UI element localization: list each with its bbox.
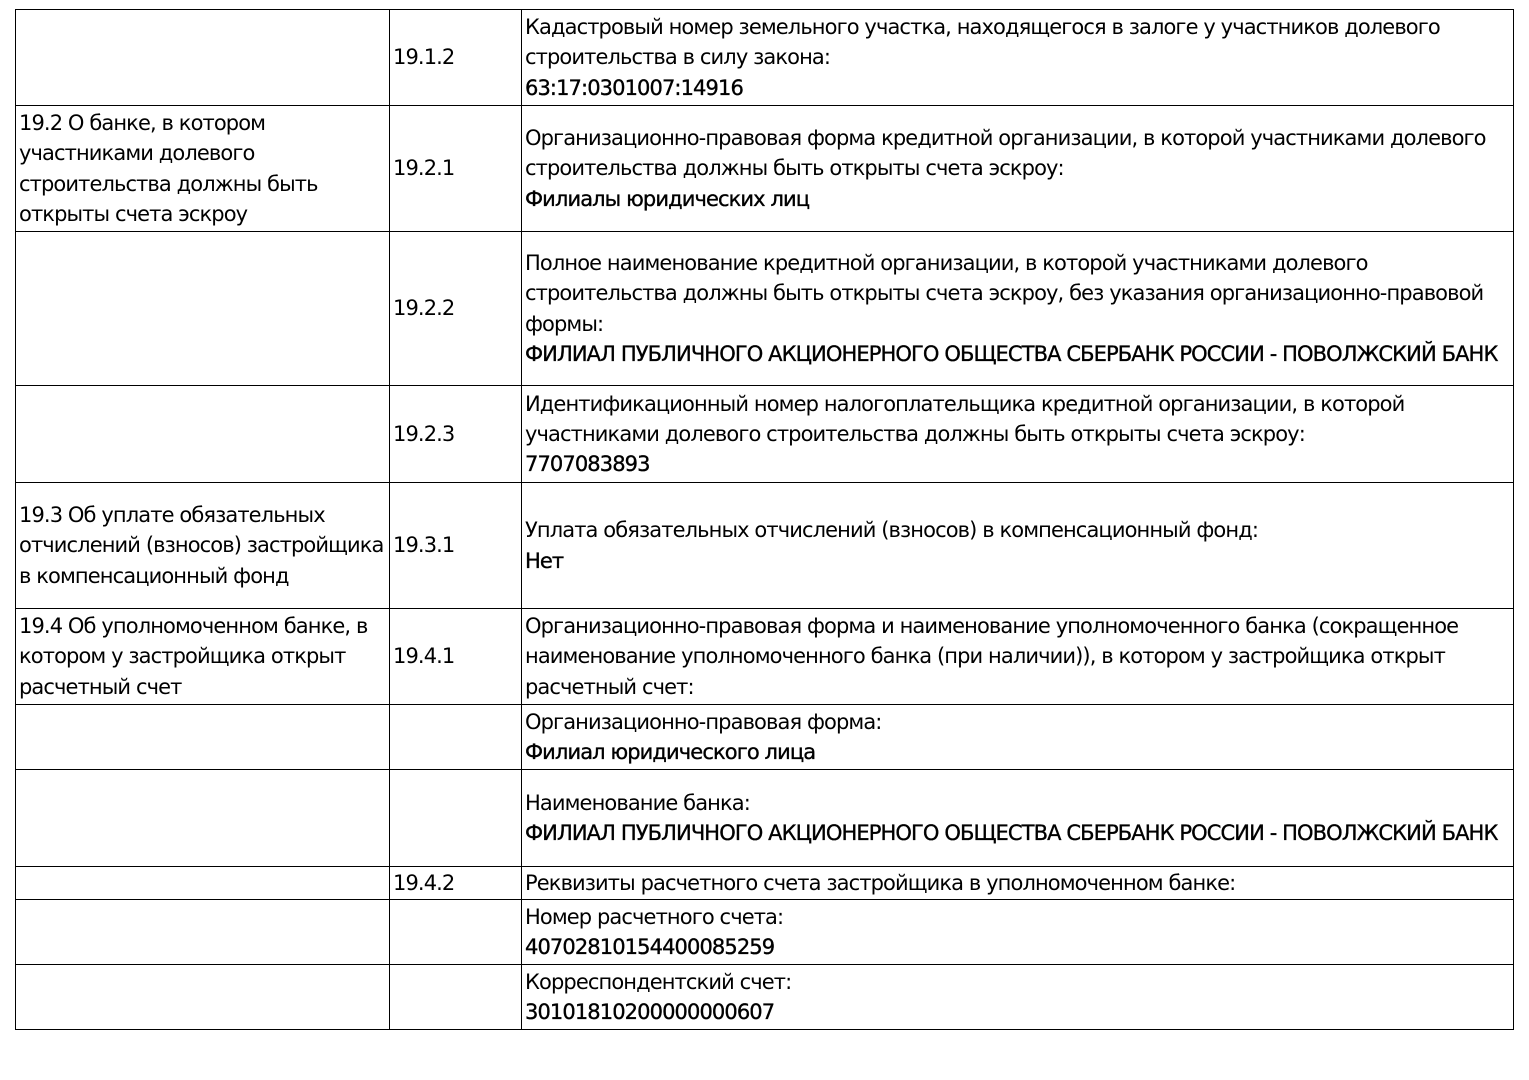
item-code: 19.2.1: [393, 156, 454, 180]
section-cell: 19.3 Об уплате обязательных отчислений (…: [16, 483, 390, 609]
section-cell: [16, 770, 390, 867]
content-cell: Номер расчетного счета: 4070281015440008…: [522, 900, 1514, 965]
table-row: Корреспондентский счет: 3010181020000000…: [16, 965, 1514, 1030]
content-cell: Реквизиты расчетного счета застройщика в…: [522, 867, 1514, 900]
code-cell: 19.4.1: [390, 609, 522, 705]
table-body: 19.1.2 Кадастровый номер земельного учас…: [16, 10, 1514, 1030]
table-row: Организационно-правовая форма: Филиал юр…: [16, 705, 1514, 770]
code-cell: 19.4.2: [390, 867, 522, 900]
section-title: 19.2 О банке, в котором участниками доле…: [19, 111, 318, 226]
field-label: Номер расчетного счета:: [525, 902, 1511, 932]
section-cell: [16, 965, 390, 1030]
field-value: Филиалы юридических лиц: [525, 184, 1511, 214]
item-code: 19.3.1: [393, 533, 454, 557]
field-label: Наименование банка:: [525, 788, 1511, 818]
item-code: 19.2.3: [393, 422, 454, 446]
content-cell: Кадастровый номер земельного участка, на…: [522, 10, 1514, 106]
item-code: 19.4.2: [393, 871, 454, 895]
code-cell: [390, 900, 522, 965]
section-title: 19.3 Об уплате обязательных отчислений (…: [19, 503, 384, 587]
content-cell: Наименование банка: ФИЛИАЛ ПУБЛИЧНОГО АК…: [522, 770, 1514, 867]
table-row: Наименование банка: ФИЛИАЛ ПУБЛИЧНОГО АК…: [16, 770, 1514, 867]
section-cell: [16, 705, 390, 770]
code-cell: [390, 705, 522, 770]
field-value: ФИЛИАЛ ПУБЛИЧНОГО АКЦИОНЕРНОГО ОБЩЕСТВА …: [525, 818, 1511, 848]
code-cell: 19.2.3: [390, 386, 522, 483]
field-label: Организационно-правовая форма:: [525, 707, 1511, 737]
table-row: 19.3 Об уплате обязательных отчислений (…: [16, 483, 1514, 609]
table-row: 19.2.2 Полное наименование кредитной орг…: [16, 232, 1514, 386]
item-code: 19.4.1: [393, 644, 454, 668]
section-cell: 19.2 О банке, в котором участниками доле…: [16, 106, 390, 232]
section-title: 19.4 Об уполномоченном банке, в котором …: [19, 614, 367, 698]
field-label: Реквизиты расчетного счета застройщика в…: [525, 868, 1511, 898]
table-row: 19.4 Об уполномоченном банке, в котором …: [16, 609, 1514, 705]
section-cell: 19.4 Об уполномоченном банке, в котором …: [16, 609, 390, 705]
item-code: 19.1.2: [393, 45, 454, 69]
section-cell: [16, 900, 390, 965]
code-cell: 19.1.2: [390, 10, 522, 106]
field-label: Полное наименование кредитной организаци…: [525, 248, 1511, 339]
content-cell: Организационно-правовая форма и наименов…: [522, 609, 1514, 705]
content-cell: Идентификационный номер налогоплательщик…: [522, 386, 1514, 483]
section-cell: [16, 386, 390, 483]
code-cell: [390, 770, 522, 867]
table-row: Номер расчетного счета: 4070281015440008…: [16, 900, 1514, 965]
table-row: 19.2.3 Идентификационный номер налогопла…: [16, 386, 1514, 483]
content-cell: Полное наименование кредитной организаци…: [522, 232, 1514, 386]
field-value: 7707083893: [525, 449, 1511, 479]
code-cell: 19.3.1: [390, 483, 522, 609]
field-label: Идентификационный номер налогоплательщик…: [525, 389, 1511, 449]
field-value: 63:17:0301007:14916: [525, 73, 1511, 103]
code-cell: 19.2.1: [390, 106, 522, 232]
field-label: Корреспондентский счет:: [525, 967, 1511, 997]
field-value: 30101810200000000607: [525, 997, 1511, 1027]
field-label: Кадастровый номер земельного участка, на…: [525, 12, 1511, 72]
content-cell: Организационно-правовая форма: Филиал юр…: [522, 705, 1514, 770]
table-row: 19.1.2 Кадастровый номер земельного учас…: [16, 10, 1514, 106]
project-declaration-table: 19.1.2 Кадастровый номер земельного учас…: [15, 9, 1514, 1030]
table-row: 19.4.2 Реквизиты расчетного счета застро…: [16, 867, 1514, 900]
field-label: Организационно-правовая форма и наименов…: [525, 611, 1511, 702]
item-code: 19.2.2: [393, 296, 454, 320]
section-cell: [16, 232, 390, 386]
field-value: 40702810154400085259: [525, 932, 1511, 962]
field-value: Филиал юридического лица: [525, 737, 1511, 767]
code-cell: 19.2.2: [390, 232, 522, 386]
section-cell: [16, 10, 390, 106]
field-label: Уплата обязательных отчислений (взносов)…: [525, 515, 1511, 545]
section-cell: [16, 867, 390, 900]
content-cell: Корреспондентский счет: 3010181020000000…: [522, 965, 1514, 1030]
field-value: ФИЛИАЛ ПУБЛИЧНОГО АКЦИОНЕРНОГО ОБЩЕСТВА …: [525, 339, 1511, 369]
content-cell: Уплата обязательных отчислений (взносов)…: [522, 483, 1514, 609]
field-value: Нет: [525, 546, 1511, 576]
field-label: Организационно-правовая форма кредитной …: [525, 123, 1511, 183]
content-cell: Организационно-правовая форма кредитной …: [522, 106, 1514, 232]
table-row: 19.2 О банке, в котором участниками доле…: [16, 106, 1514, 232]
code-cell: [390, 965, 522, 1030]
